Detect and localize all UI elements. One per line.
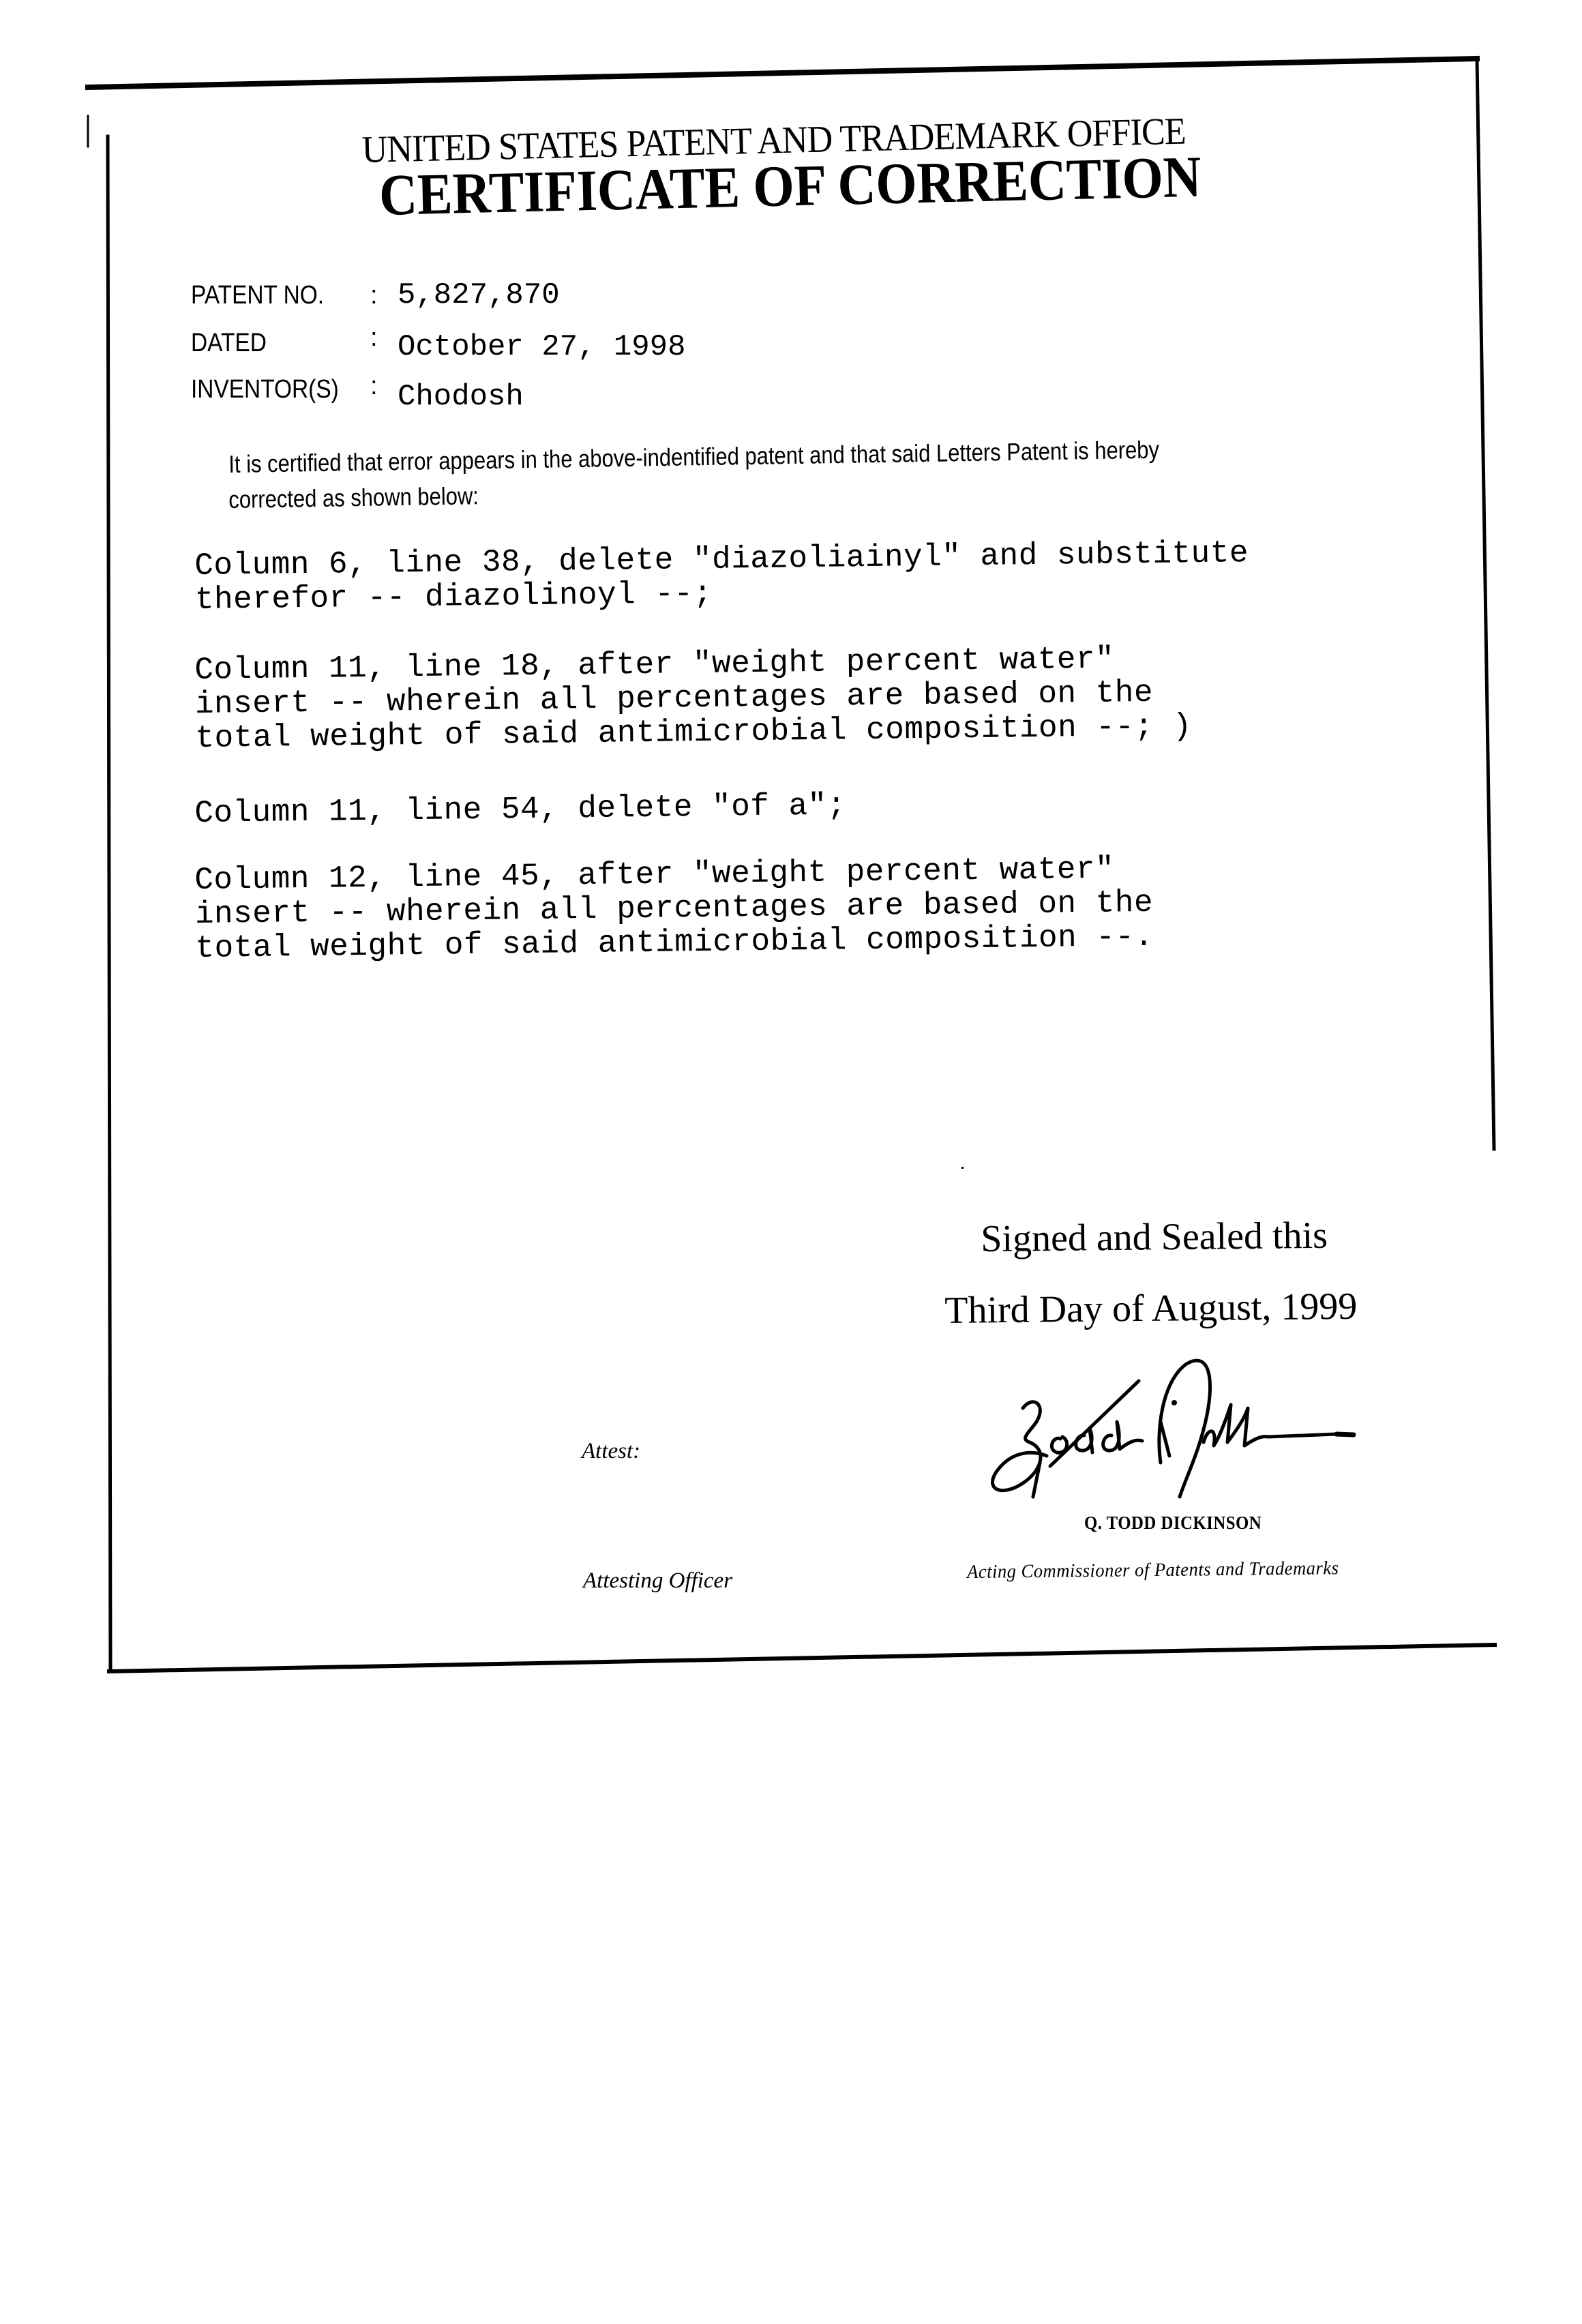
- patent-no-separator: :: [370, 281, 378, 310]
- dated-value: October 27, 1998: [398, 330, 685, 364]
- correction-line: Column 11, line 54, delete "of a";: [194, 788, 846, 831]
- attest-label: Attest:: [582, 1439, 640, 1464]
- correction-item-4: Column 12, line 45, after "weight percen…: [194, 852, 1154, 966]
- certification-line-2: corrected as shown below:: [228, 481, 479, 514]
- attesting-officer-label: Attesting Officer: [583, 1568, 732, 1594]
- inventors-label: INVENTOR(S): [191, 375, 339, 404]
- signer-name: Q. TODD DICKINSON: [1084, 1513, 1262, 1534]
- correction-item-3: Column 11, line 54, delete "of a";: [194, 788, 846, 831]
- frame-bottom-line: [109, 1645, 1495, 1671]
- patent-no-label: PATENT NO.: [191, 281, 324, 310]
- signature-icon: [982, 1354, 1459, 1510]
- frame-top-line: [88, 59, 1477, 87]
- correction-item-1: Column 6, line 38, delete "diazoliainyl"…: [194, 536, 1249, 617]
- certification-line-1: It is certified that error appears in th…: [228, 436, 1159, 479]
- frame-left-line: [108, 136, 110, 1671]
- scan-speck: [961, 1167, 964, 1169]
- dated-label: DATED: [191, 329, 267, 358]
- inventors-separator: :: [370, 372, 378, 401]
- patent-no-value: 5,827,870: [398, 278, 560, 312]
- inventors-value: Chodosh: [398, 380, 524, 414]
- dated-separator: :: [370, 323, 378, 353]
- signed-sealed-line: Signed and Sealed this: [981, 1214, 1328, 1261]
- signer-title: Acting Commissioner of Patents and Trade…: [967, 1558, 1339, 1583]
- signed-date-line: Third Day of August, 1999: [944, 1285, 1358, 1332]
- correction-item-2: Column 11, line 18, after "weight percen…: [194, 641, 1192, 756]
- frame-right-line: [1477, 59, 1494, 1149]
- certificate-page: UNITED STATES PATENT AND TRADEMARK OFFIC…: [0, 0, 1582, 2324]
